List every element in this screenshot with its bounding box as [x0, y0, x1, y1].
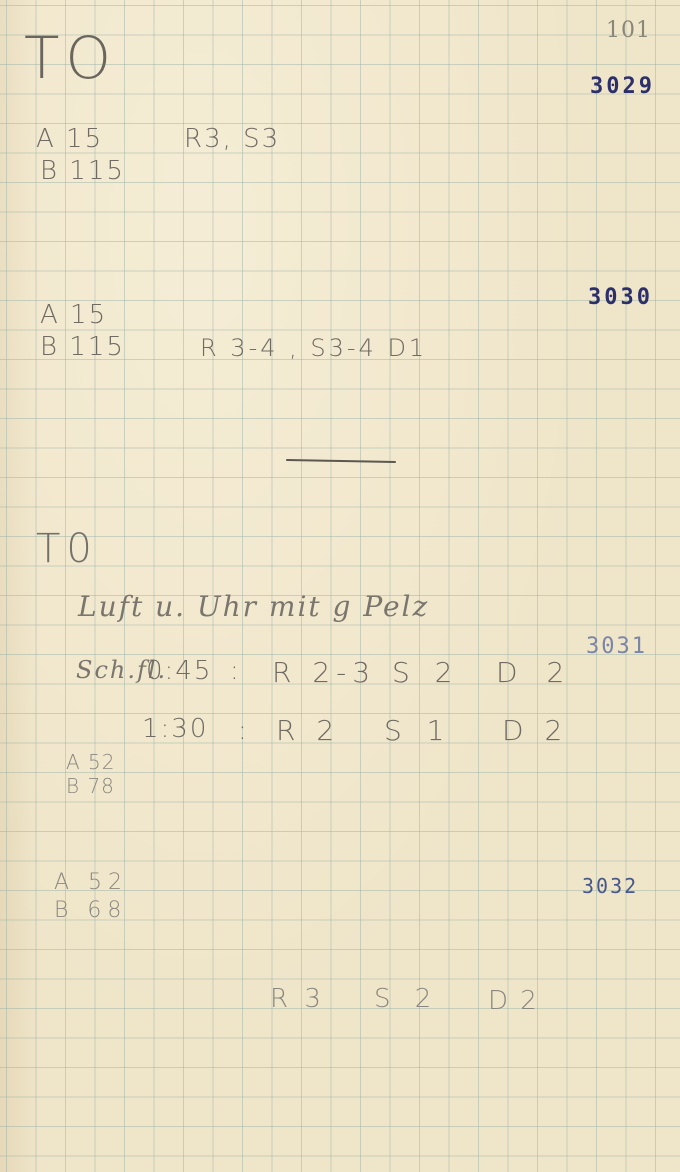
row-time: 1:30	[142, 714, 208, 744]
ab-line-b: B 115	[40, 332, 125, 362]
values-d: D 2	[488, 986, 539, 1016]
notebook-page: 101 TO 3029 A 15 R3, S3 B 115 3030 A 15 …	[0, 0, 680, 1172]
row-r-value: R 2	[276, 714, 340, 747]
ab-line-a: A 52	[54, 870, 128, 895]
ab-line-b: B 78	[66, 774, 115, 798]
row-r-value: R 2-3	[272, 656, 376, 689]
values-s: S 2	[374, 984, 439, 1014]
row-d-value: D 2	[496, 656, 574, 689]
row-s-value: S 1	[384, 714, 453, 747]
entry-number: 3029	[590, 74, 655, 99]
values-line: R 3-4 , S3-4 D1	[200, 334, 427, 362]
entry-number: 3032	[582, 874, 638, 898]
ab-line-a: A 15	[36, 124, 103, 154]
row-separator: :	[238, 716, 249, 746]
row-d-value: D 2	[502, 714, 568, 747]
entry-heading: T0	[36, 526, 98, 572]
ab-line-a: A 52	[66, 750, 116, 774]
page-number: 101	[606, 18, 651, 43]
entry-heading: TO	[24, 24, 117, 92]
ab-line-b: B 115	[40, 156, 125, 186]
row-time: 0:45	[146, 656, 212, 686]
values-line: R3, S3	[184, 124, 280, 154]
row-separator: :	[230, 656, 241, 686]
entry-number: 3031	[586, 634, 647, 659]
entry-number: 3030	[588, 285, 653, 310]
ab-line-a: A 15	[40, 300, 107, 330]
entry-note: Luft u. Uhr mit g Pelz	[78, 590, 429, 623]
ab-line-b: B 68	[54, 898, 127, 923]
section-divider	[286, 459, 396, 463]
row-s-value: S 2	[392, 656, 461, 689]
values-r: R 3	[270, 984, 325, 1014]
